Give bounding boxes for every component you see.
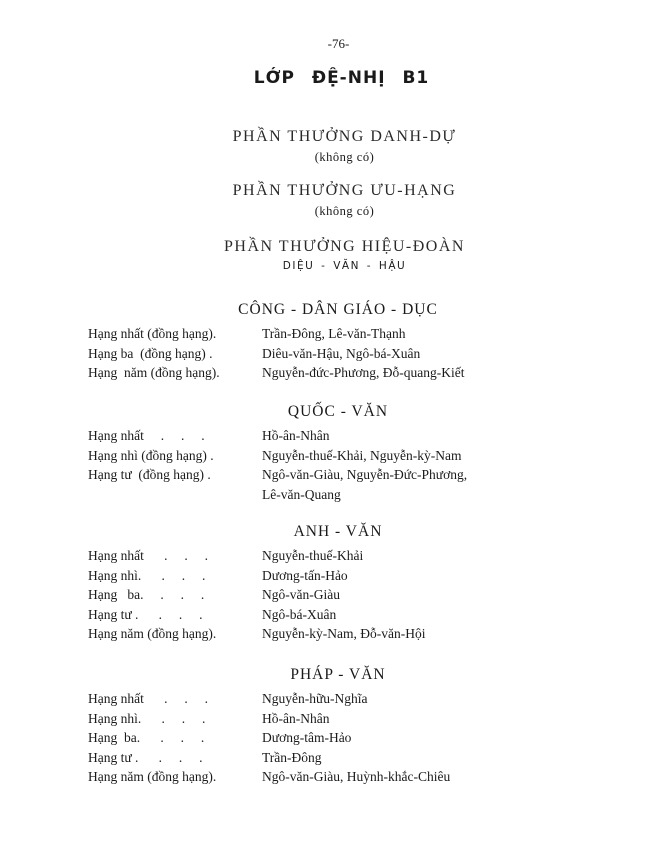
rank-label: Hạng ba. . . . (88, 728, 262, 748)
section-title: PHÁP - VĂN (88, 666, 548, 684)
rank-label: Hạng tư (đồng hạng) . (88, 465, 262, 485)
student-names: Diêu-văn-Hậu, Ngô-bá-Xuân (262, 344, 548, 364)
list-item: Hạng năm (đồng hạng).Nguyễn-kỳ-Nam, Đỗ-v… (88, 624, 548, 644)
student-names: Ngô-văn-Giàu, Nguyễn-Đức-Phương, (262, 465, 548, 485)
student-names: Nguyễn-hữu-Nghĩa (262, 689, 548, 709)
student-names: Lê-văn-Quang (262, 485, 548, 505)
student-names: Trần-Đông, Lê-văn-Thạnh (262, 324, 548, 344)
list-item: Hạng ba (đồng hạng) .Diêu-văn-Hậu, Ngô-b… (88, 344, 548, 364)
student-names: Nguyễn-thuế-Khải, Nguyễn-kỳ-Nam (262, 446, 548, 466)
student-names: Ngô-văn-Giàu, Huỳnh-khắc-Chiêu (262, 767, 548, 787)
list-item: Hạng nhì. . . .Hồ-ân-Nhân (88, 709, 548, 729)
page-number: -76- (0, 36, 659, 52)
award-honor: PHẦN THƯỞNG DANH-DỰ (không có) (0, 128, 659, 165)
list-item: Hạng ba. . . .Dương-tâm-Hảo (88, 728, 548, 748)
award-excellence: PHẦN THƯỞNG ƯU-HẠNG (không có) (0, 182, 659, 219)
section-vietnamese: QUỐC - VĂN Hạng nhất . . .Hồ-ân-Nhân Hạn… (88, 403, 548, 504)
list-item: Hạng nhất . . .Hồ-ân-Nhân (88, 426, 548, 446)
section-title: ANH - VĂN (88, 523, 548, 541)
list-item: Hạng năm (đồng hạng).Nguyễn-đức-Phương, … (88, 363, 548, 383)
list-item: Hạng nhì (đồng hạng) .Nguyễn-thuế-Khải, … (88, 446, 548, 466)
list-item: Hạng tư . . . .Ngô-bá-Xuân (88, 605, 548, 625)
award-heading: PHẦN THƯỞNG ƯU-HẠNG (30, 182, 659, 200)
student-names: Trần-Đông (262, 748, 548, 768)
list-item: Hạng ba. . . .Ngô-văn-Giàu (88, 585, 548, 605)
list-item: Hạng nhất (đồng hạng).Trần-Đông, Lê-văn-… (88, 324, 548, 344)
section-english: ANH - VĂN Hạng nhất . . .Nguyễn-thuế-Khả… (88, 523, 548, 644)
student-names: Nguyễn-thuế-Khải (262, 546, 548, 566)
list-item: Hạng nhì. . . .Dương-tấn-Hảo (88, 566, 548, 586)
section-civics: CÔNG - DÂN GIÁO - DỤC Hạng nhất (đồng hạ… (88, 301, 548, 383)
rank-label: Hạng nhì. . . . (88, 709, 262, 729)
rank-label: Hạng năm (đồng hạng). (88, 363, 262, 383)
award-heading: PHẦN THƯỞNG DANH-DỰ (30, 128, 659, 146)
student-names: Ngô-văn-Giàu (262, 585, 548, 605)
rank-label: Hạng nhất . . . (88, 546, 262, 566)
student-names: Dương-tâm-Hảo (262, 728, 548, 748)
rank-label: Hạng nhất . . . (88, 426, 262, 446)
award-principal: PHẦN THƯỞNG HIỆU-ĐOÀN DIỆU - VĂN - HẬU (0, 238, 659, 272)
list-item: Hạng năm (đồng hạng).Ngô-văn-Giàu, Huỳnh… (88, 767, 548, 787)
rank-label: Hạng ba. . . . (88, 585, 262, 605)
student-names: Hồ-ân-Nhân (262, 426, 548, 446)
list-item: Hạng nhất . . .Nguyễn-thuế-Khải (88, 546, 548, 566)
award-recipient: DIỆU - VĂN - HẬU (30, 260, 659, 272)
award-recipient: (không có) (30, 150, 659, 165)
list-item: Hạng tư (đồng hạng) .Ngô-văn-Giàu, Nguyễ… (88, 465, 548, 485)
rank-label: Hạng nhất (đồng hạng). (88, 324, 262, 344)
page-title: LỚP ĐỆ-NHỊ B1 (0, 68, 659, 88)
list-item: Hạng tư . . . .Trần-Đông (88, 748, 548, 768)
student-names: Hồ-ân-Nhân (262, 709, 548, 729)
list-item: Lê-văn-Quang (88, 485, 548, 505)
student-names: Dương-tấn-Hảo (262, 566, 548, 586)
rank-label (88, 485, 262, 505)
rank-label: Hạng tư . . . . (88, 605, 262, 625)
rank-label: Hạng nhì. . . . (88, 566, 262, 586)
section-title: QUỐC - VĂN (88, 403, 548, 421)
student-names: Nguyễn-kỳ-Nam, Đỗ-văn-Hội (262, 624, 548, 644)
award-heading: PHẦN THƯỞNG HIỆU-ĐOÀN (30, 238, 659, 256)
section-french: PHÁP - VĂN Hạng nhất . . .Nguyễn-hữu-Ngh… (88, 666, 548, 787)
section-title: CÔNG - DÂN GIÁO - DỤC (88, 301, 548, 319)
rank-label: Hạng nhất . . . (88, 689, 262, 709)
rank-label: Hạng nhì (đồng hạng) . (88, 446, 262, 466)
award-recipient: (không có) (30, 204, 659, 219)
rank-label: Hạng năm (đồng hạng). (88, 767, 262, 787)
student-names: Ngô-bá-Xuân (262, 605, 548, 625)
rank-label: Hạng tư . . . . (88, 748, 262, 768)
rank-label: Hạng ba (đồng hạng) . (88, 344, 262, 364)
rank-label: Hạng năm (đồng hạng). (88, 624, 262, 644)
student-names: Nguyễn-đức-Phương, Đỗ-quang-Kiết (262, 363, 548, 383)
list-item: Hạng nhất . . .Nguyễn-hữu-Nghĩa (88, 689, 548, 709)
